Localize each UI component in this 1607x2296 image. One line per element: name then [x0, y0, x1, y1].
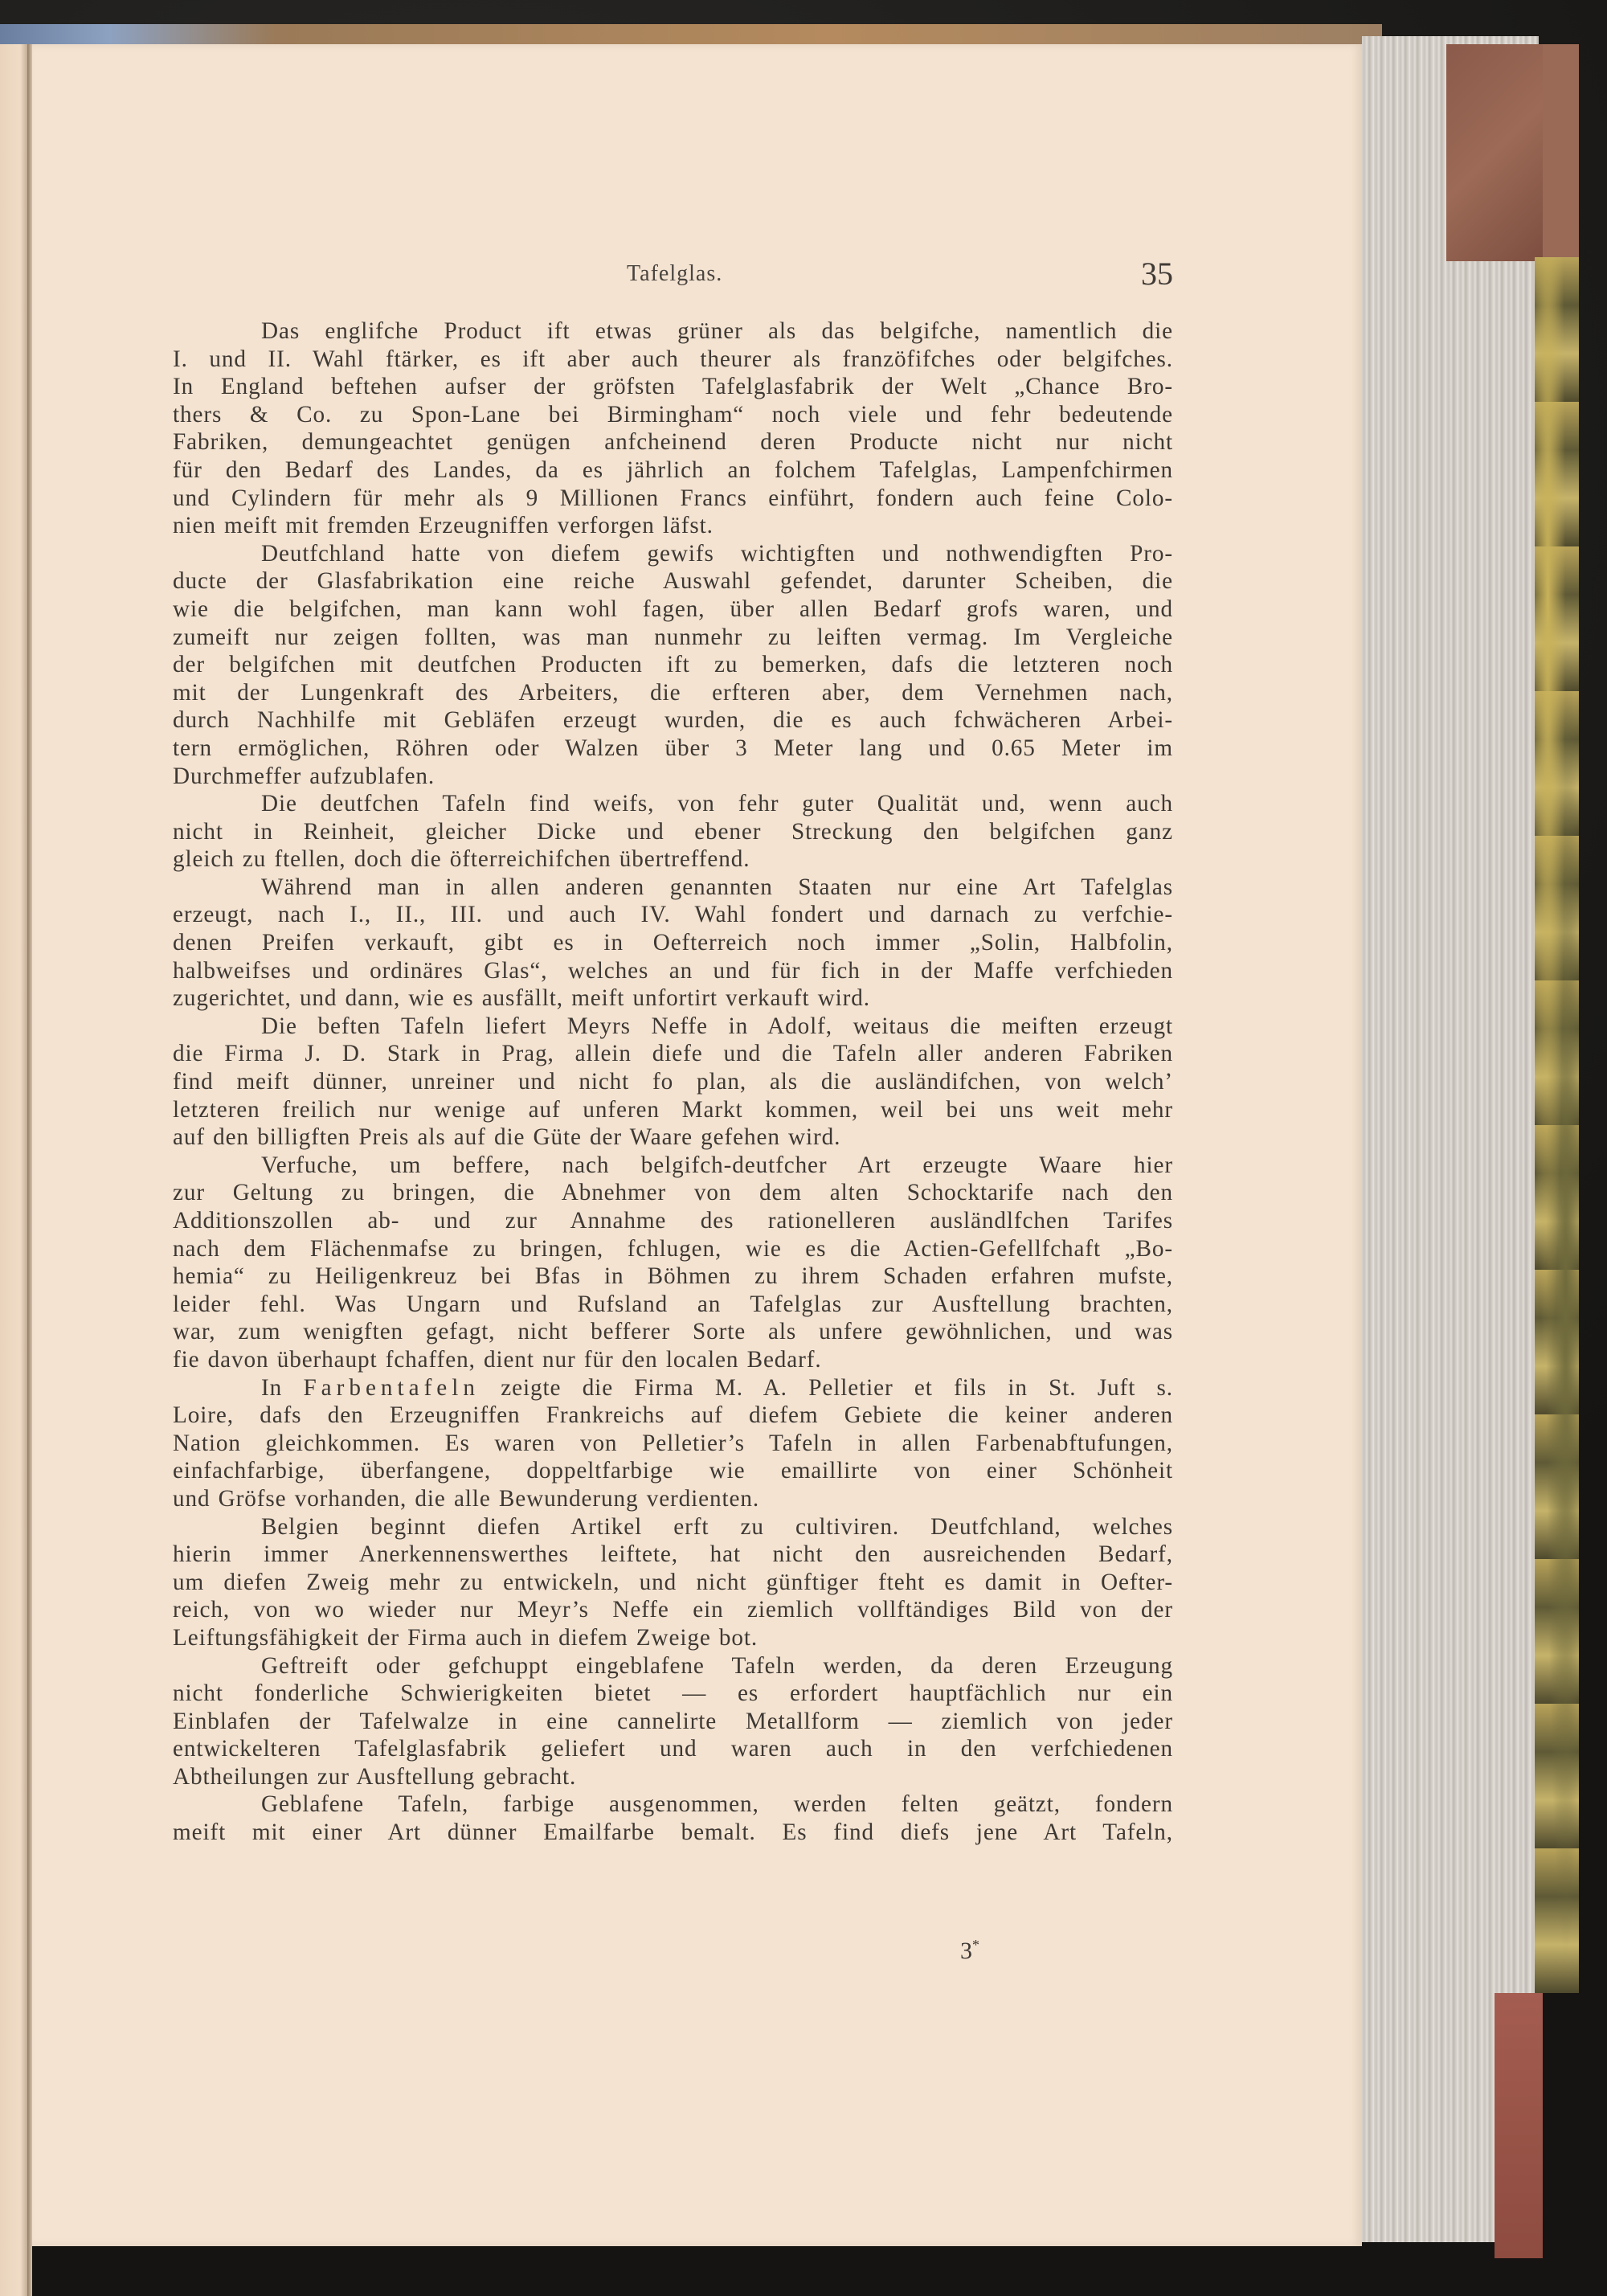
- text-line: find meift dünner, unreiner und nicht fo…: [173, 1068, 1173, 1096]
- paragraph: Die deutfchen Tafeln find weifs, von feh…: [173, 790, 1173, 874]
- text-line: Leiftungsfähigkeit der Firma auch in die…: [173, 1624, 1173, 1652]
- text-line: tern ermöglichen, Röhren oder Walzen übe…: [173, 735, 1173, 763]
- text-line: reich, von wo wieder nur Meyr’s Neffe ei…: [173, 1596, 1173, 1624]
- text-line: Die beften Tafeln liefert Meyrs Neffe in…: [173, 1013, 1173, 1041]
- text-line: denen Preifen verkauft, gibt es in Oefte…: [173, 929, 1173, 957]
- text-line: gleich zu ftellen, doch die öfterreichif…: [173, 845, 1173, 874]
- paragraph: Das englifche Product ift etwas grüner a…: [173, 317, 1173, 540]
- paragraph: In Farbentafeln zeigte die Firma M. A. P…: [173, 1374, 1173, 1513]
- text-line: Additionszollen ab- und zur Annahme des …: [173, 1207, 1173, 1235]
- text-line: der belgifchen mit deutfchen Producten i…: [173, 651, 1173, 679]
- text-line: thers & Co. zu Spon-Lane bei Birmingham“…: [173, 401, 1173, 429]
- text-line: zur Geltung zu bringen, die Abnehmer von…: [173, 1179, 1173, 1207]
- text-line: ducte der Glasfabrikation eine reiche Au…: [173, 567, 1173, 595]
- signature-star: *: [972, 1937, 979, 1953]
- text-line: einfachfarbige, überfangene, doppeltfarb…: [173, 1457, 1173, 1485]
- text-line: mit der Lungenkraft des Arbeiters, die e…: [173, 679, 1173, 707]
- text-line: Loire, dafs den Erzeugniffen Frankreichs…: [173, 1402, 1173, 1430]
- text-line: Belgien beginnt diefen Artikel erft zu c…: [173, 1513, 1173, 1541]
- text-line: Die deutfchen Tafeln find weifs, von feh…: [173, 790, 1173, 818]
- text-line: zugerichtet, und dann, wie es ausfällt, …: [173, 984, 1173, 1013]
- text-line: I. und II. Wahl ftärker, es ift aber auc…: [173, 346, 1173, 374]
- text-line: halbweifses und ordinäres Glas“, welches…: [173, 957, 1173, 985]
- leather-corner-top: [1446, 44, 1543, 261]
- text-line: letzteren freilich nur wenige auf unfere…: [173, 1096, 1173, 1124]
- page-number: 35: [1141, 255, 1173, 293]
- text-line: hierin immer Anerkennenswerthes leiftete…: [173, 1541, 1173, 1569]
- text-line: durch Nachhilfe mit Gebläfen erzeugt wur…: [173, 706, 1173, 735]
- paragraph: Während man in allen anderen genannten S…: [173, 874, 1173, 1013]
- page-stack-edges: [1362, 36, 1539, 2242]
- text-line: Nation gleichkommen. Es waren von Pellet…: [173, 1430, 1173, 1458]
- paragraph: Die beften Tafeln liefert Meyrs Neffe in…: [173, 1013, 1173, 1152]
- text-line: nach dem Flächenmafse zu bringen, fchlug…: [173, 1235, 1173, 1263]
- text-line: und Cylindern für mehr als 9 Millionen F…: [173, 485, 1173, 513]
- paragraph: Deutfchland hatte von diefem gewifs wich…: [173, 540, 1173, 790]
- text-line: auf den billigften Preis als auf die Güt…: [173, 1123, 1173, 1152]
- text-line: die Firma J. D. Stark in Prag, allein di…: [173, 1040, 1173, 1068]
- text-line: um diefen Zweig mehr zu entwickeln, und …: [173, 1569, 1173, 1597]
- signature-mark: 3*: [960, 1937, 979, 1965]
- text-line: und Gröfse vorhanden, die alle Bewunderu…: [173, 1485, 1173, 1513]
- text-line: In Farbentafeln zeigte die Firma M. A. P…: [173, 1374, 1173, 1402]
- text-line: Abtheilungen zur Ausftellung gebracht.: [173, 1763, 1173, 1791]
- signature-number: 3: [960, 1938, 972, 1964]
- text-line: erzeugt, nach I., II., III. und auch IV.…: [173, 901, 1173, 929]
- text-line: nicht fonderliche Schwierigkeiten bietet…: [173, 1680, 1173, 1708]
- text-line: Geblafene Tafeln, farbige ausgenommen, w…: [173, 1791, 1173, 1819]
- text-line: leider fehl. Was Ungarn und Rufsland an …: [173, 1291, 1173, 1319]
- text-line: nien meift mit fremden Erzeugniffen verf…: [173, 512, 1173, 540]
- text-line: Das englifche Product ift etwas grüner a…: [173, 317, 1173, 346]
- marbled-cover-edge: [1535, 257, 1579, 1993]
- text-line: nicht in Reinheit, gleicher Dicke und eb…: [173, 818, 1173, 846]
- text-line: wie die belgifchen, man kann wohl fagen,…: [173, 595, 1173, 624]
- body-text: Das englifche Product ift etwas grüner a…: [173, 317, 1173, 1847]
- left-page-edge: [0, 44, 29, 2296]
- emphasized-term: Farbentafeln: [303, 1375, 480, 1401]
- text-line: Durchmeffer aufzublafen.: [173, 763, 1173, 791]
- running-head: Tafelglas. 35: [241, 261, 1173, 301]
- text-line: entwickelteren Tafelglasfabrik geliefert…: [173, 1735, 1173, 1763]
- text-line: Deutfchland hatte von diefem gewifs wich…: [173, 540, 1173, 568]
- running-title: Tafelglas.: [627, 261, 722, 287]
- text-line: für den Bedarf des Landes, da es jährlic…: [173, 456, 1173, 485]
- text-line: Fabriken, demungeachtet genügen anfchein…: [173, 428, 1173, 456]
- text-line: Verfuche, um beffere, nach belgifch-deut…: [173, 1152, 1173, 1180]
- text-line: hemia“ zu Heiligenkreuz bei Bfas in Böhm…: [173, 1263, 1173, 1291]
- text-line: Geftreift oder gefchuppt eingeblafene Ta…: [173, 1652, 1173, 1680]
- text-line: war, zum wenigften gefagt, nicht beffere…: [173, 1318, 1173, 1346]
- leather-corner-bottom: [1495, 1993, 1543, 2258]
- text-line: Während man in allen anderen genannten S…: [173, 874, 1173, 902]
- paragraph: Belgien beginnt diefen Artikel erft zu c…: [173, 1513, 1173, 1652]
- text-line: meift mit einer Art dünner Emailfarbe be…: [173, 1819, 1173, 1847]
- paragraph: Geftreift oder gefchuppt eingeblafene Ta…: [173, 1652, 1173, 1791]
- paragraph: Verfuche, um beffere, nach belgifch-deut…: [173, 1152, 1173, 1374]
- text-line: zumeift nur zeigen follten, was man nunm…: [173, 624, 1173, 652]
- text-line: In England beftehen aufser der gröfsten …: [173, 373, 1173, 401]
- text-line: fie davon überhaupt fchaffen, dient nur …: [173, 1346, 1173, 1374]
- paragraph: Geblafene Tafeln, farbige ausgenommen, w…: [173, 1791, 1173, 1846]
- text-line: Einblafen der Tafelwalze in eine canneli…: [173, 1708, 1173, 1736]
